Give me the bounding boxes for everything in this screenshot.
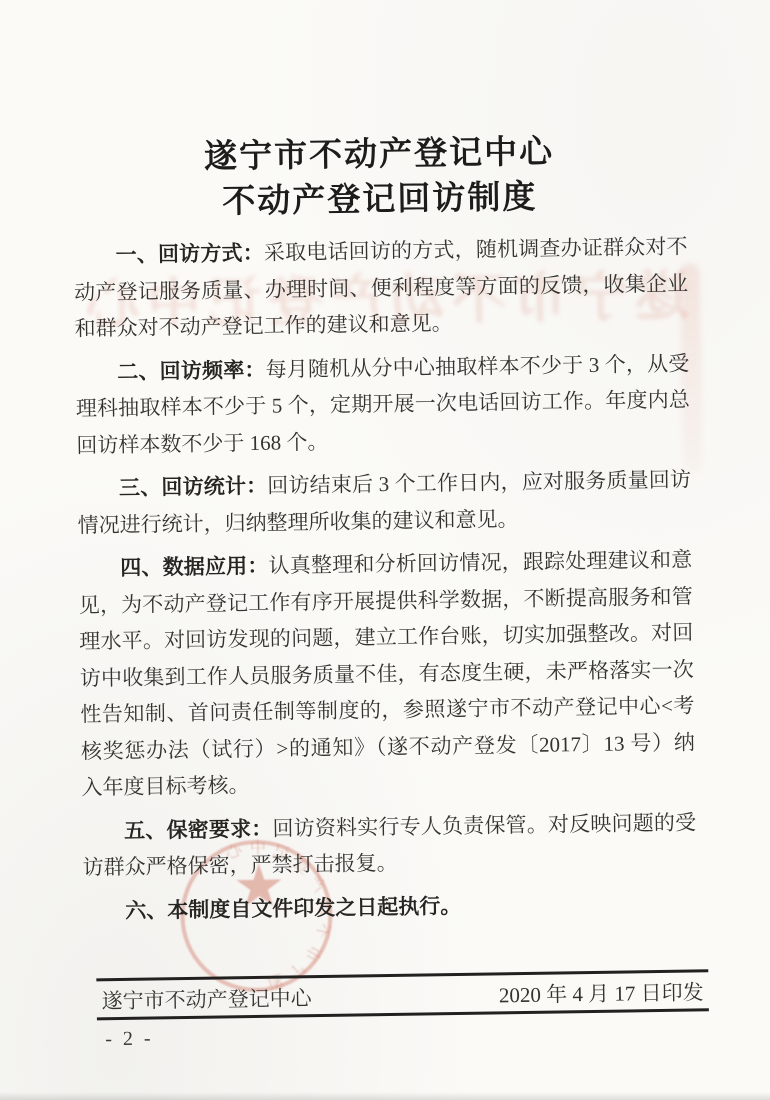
paragraph-lead: 一、回访方式： [115, 241, 264, 267]
paragraph-visit-method: 一、回访方式：采取电话回访的方式，随机调查办证群众对不动产登记服务质量、办理时间… [73, 228, 689, 347]
paragraph-data-application: 四、数据应用：认真整理和分析回访情况，跟踪处理建议和意见，为不动产登记工作有序开… [78, 541, 696, 806]
page-number: - 2 - [105, 1027, 154, 1051]
paragraph-lead: 三、回访统计： [119, 474, 268, 500]
paragraph-text: 认真整理和分析回访情况，跟踪处理建议和意见，为不动产登记工作有序开展提供科学数据… [79, 547, 695, 799]
document-content: 遂宁市不动产登记中心 ★ 遂宁市不动产登记中心 遂宁市不动产登记中心 不动产登记… [0, 0, 770, 1100]
scanned-document-page: 遂宁市不动产登记中心 ★ 遂宁市不动产登记中心 遂宁市不动产登记中心 不动产登记… [0, 0, 770, 1100]
paragraph-lead: 六、本制度自文件印发之日起执行。 [125, 893, 461, 922]
paragraph-visit-statistics: 三、回访统计：回访结束后 3 个工作日内，应对服务质量回访情况进行统计，归纳整理… [77, 461, 692, 543]
paragraph-visit-frequency: 二、回访频率：每月随机从分中心抽取样本不少于 3 个，从受理科抽取样本不少于 5… [75, 345, 691, 464]
footer-issuer: 遂宁市不动产登记中心 [101, 982, 311, 1015]
paragraph-lead: 四、数据应用： [120, 554, 269, 580]
paragraph-lead: 二、回访频率： [117, 357, 266, 383]
paragraph-effective-date: 六、本制度自文件印发之日起执行。 [83, 884, 697, 930]
paragraph-lead: 五、保密要求： [124, 816, 273, 842]
footer-print-date: 2020 年 4 月 17 日印发 [499, 976, 704, 1009]
paragraph-confidentiality: 五、保密要求：回访资料实行专人负责保管。对反映问题的受访群众严格保密，严禁打击报… [82, 804, 697, 886]
document-body: 一、回访方式：采取电话回访的方式，随机调查办证群众对不动产登记服务质量、办理时间… [73, 228, 697, 929]
